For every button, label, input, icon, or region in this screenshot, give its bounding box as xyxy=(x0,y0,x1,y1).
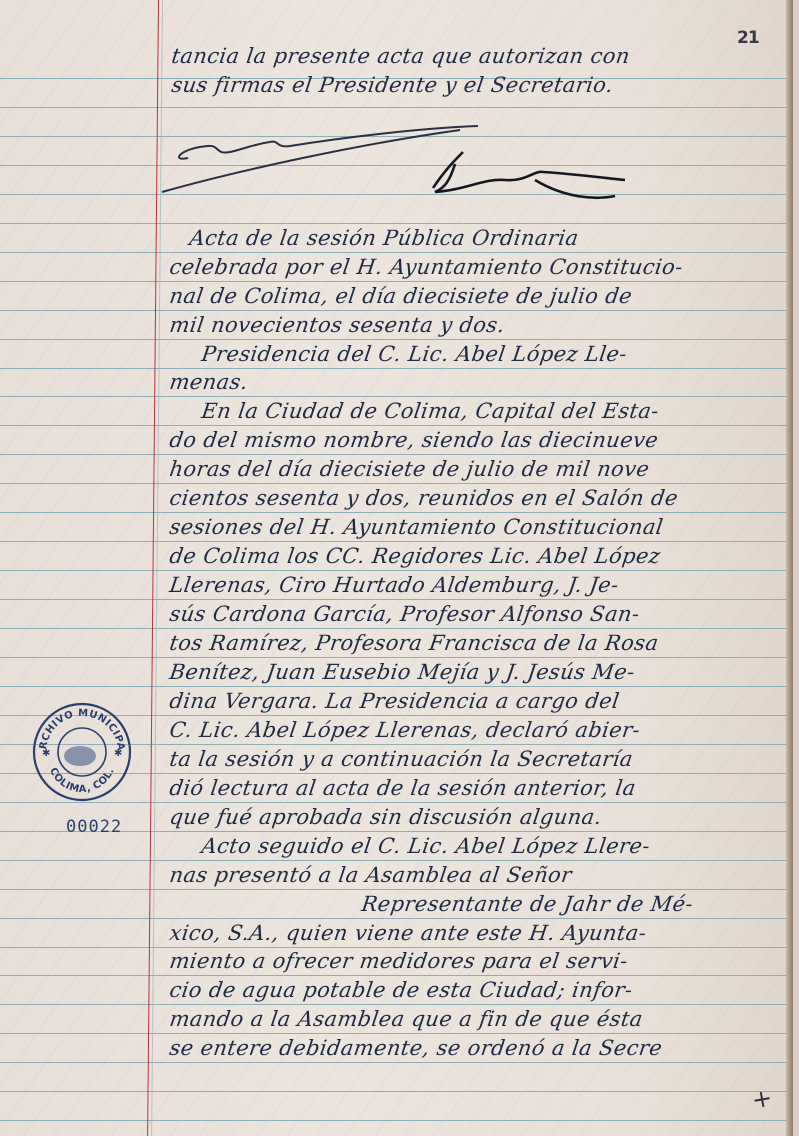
act-line: Presidencia del C. Lic. Abel López Lle- xyxy=(200,342,629,366)
act-line: dió lectura al acta de la sesión anterio… xyxy=(168,776,637,800)
end-mark: + xyxy=(750,1083,775,1114)
ruled-line xyxy=(0,396,790,397)
act-line: Benítez, Juan Eusebio Mejía y J. Jesús M… xyxy=(168,660,636,684)
svg-text:✱: ✱ xyxy=(114,748,122,759)
ruled-line xyxy=(0,860,790,861)
act-line: cientos sesenta y dos, reunidos en el Sa… xyxy=(168,486,680,510)
ruled-line xyxy=(0,368,790,369)
ruled-line xyxy=(0,599,790,600)
act-line: sesiones del H. Ayuntamiento Constitucio… xyxy=(168,515,665,539)
ruled-line xyxy=(0,1004,790,1005)
ruled-line xyxy=(0,1091,790,1092)
closing-line-2: sus firmas el Presidente y el Secretario… xyxy=(170,73,615,97)
act-line: tos Ramírez, Profesora Francisca de la R… xyxy=(168,631,660,655)
closing-line-1: tancia la presente acta que autorizan co… xyxy=(170,44,632,68)
ruled-line xyxy=(0,339,790,340)
act-line: menas. xyxy=(168,370,250,394)
ruled-line xyxy=(0,686,790,687)
ruled-line xyxy=(0,975,790,976)
act-line: nal de Colima, el día diecisiete de juli… xyxy=(168,284,634,308)
ruled-line xyxy=(0,570,790,571)
ruled-line xyxy=(0,1120,790,1121)
act-line: mil novecientos sesenta y dos. xyxy=(168,313,506,337)
svg-text:✱: ✱ xyxy=(42,748,50,759)
ruled-line xyxy=(0,512,790,513)
ruled-line xyxy=(0,107,790,108)
act-line: mando a la Asamblea que a fin de que ést… xyxy=(168,1007,644,1031)
ruled-line xyxy=(0,454,790,455)
page-number: 21 xyxy=(737,28,759,48)
archive-stamp: ARCHIVO MUNICIPAL COLIMA, COL. ✱ ✱ xyxy=(30,700,134,804)
act-line: En la Ciudad de Colima, Capital del Esta… xyxy=(200,399,661,423)
ruled-line xyxy=(0,223,790,224)
act-line: Representante de Jahr de Mé- xyxy=(360,892,695,916)
ruled-line xyxy=(0,947,790,948)
ruled-line xyxy=(0,657,790,658)
ruled-line xyxy=(0,310,790,311)
ruled-line xyxy=(0,889,790,890)
act-line: se entere debidamente, se ordenó a la Se… xyxy=(168,1036,664,1060)
act-line: cio de agua potable de esta Ciudad; info… xyxy=(168,978,634,1002)
ruled-line xyxy=(0,628,790,629)
act-line: Llerenas, Ciro Hurtado Aldemburg, J. Je- xyxy=(168,573,620,597)
ruled-line xyxy=(0,425,790,426)
act-line: celebrada por el H. Ayuntamiento Constit… xyxy=(168,255,685,279)
act-line: Acta de la sesión Pública Ordinaria xyxy=(188,226,580,250)
act-line: sús Cardona García, Profesor Alfonso San… xyxy=(168,602,641,626)
ruled-line xyxy=(0,1062,790,1063)
ruled-line xyxy=(0,1033,790,1034)
svg-text:ARCHIVO MUNICIPAL: ARCHIVO MUNICIPAL xyxy=(30,700,126,751)
ruled-line xyxy=(0,483,790,484)
act-line: xico, S.A., quien viene ante este H. Ayu… xyxy=(168,921,648,945)
stamp-bottom-text: COLIMA, COL. xyxy=(47,766,117,795)
ruled-line xyxy=(0,918,790,919)
act-line: de Colima los CC. Regidores Lic. Abel Ló… xyxy=(168,544,662,568)
act-line: dina Vergara. La Presidencia a cargo del xyxy=(168,689,621,713)
act-line: Acto seguido el C. Lic. Abel López Llere… xyxy=(200,834,652,858)
act-line: miento a ofrecer medidores para el servi… xyxy=(168,949,630,973)
act-line: ta la sesión y a continuación la Secreta… xyxy=(168,747,635,771)
act-line: que fué aprobada sin discusión alguna. xyxy=(168,805,603,829)
page-edge xyxy=(786,0,793,1136)
stamp-top-text: ARCHIVO MUNICIPAL xyxy=(30,700,126,751)
svg-text:COLIMA, COL.: COLIMA, COL. xyxy=(47,766,117,795)
act-line: nas presentó a la Asamblea al Señor xyxy=(168,863,573,887)
act-line: do del mismo nombre, siendo las diecinue… xyxy=(168,428,660,452)
ruled-line xyxy=(0,252,790,253)
signature-presidente xyxy=(425,150,645,210)
ledger-page: 21 tancia la presente acta que autorizan… xyxy=(0,0,793,1136)
stamp-number: 00022 xyxy=(66,817,122,837)
act-line: C. Lic. Abel López Llerenas, declaró abi… xyxy=(168,718,642,742)
ruled-line xyxy=(0,541,790,542)
ruled-line xyxy=(0,281,790,282)
act-line: horas del día diecisiete de julio de mil… xyxy=(168,457,651,481)
